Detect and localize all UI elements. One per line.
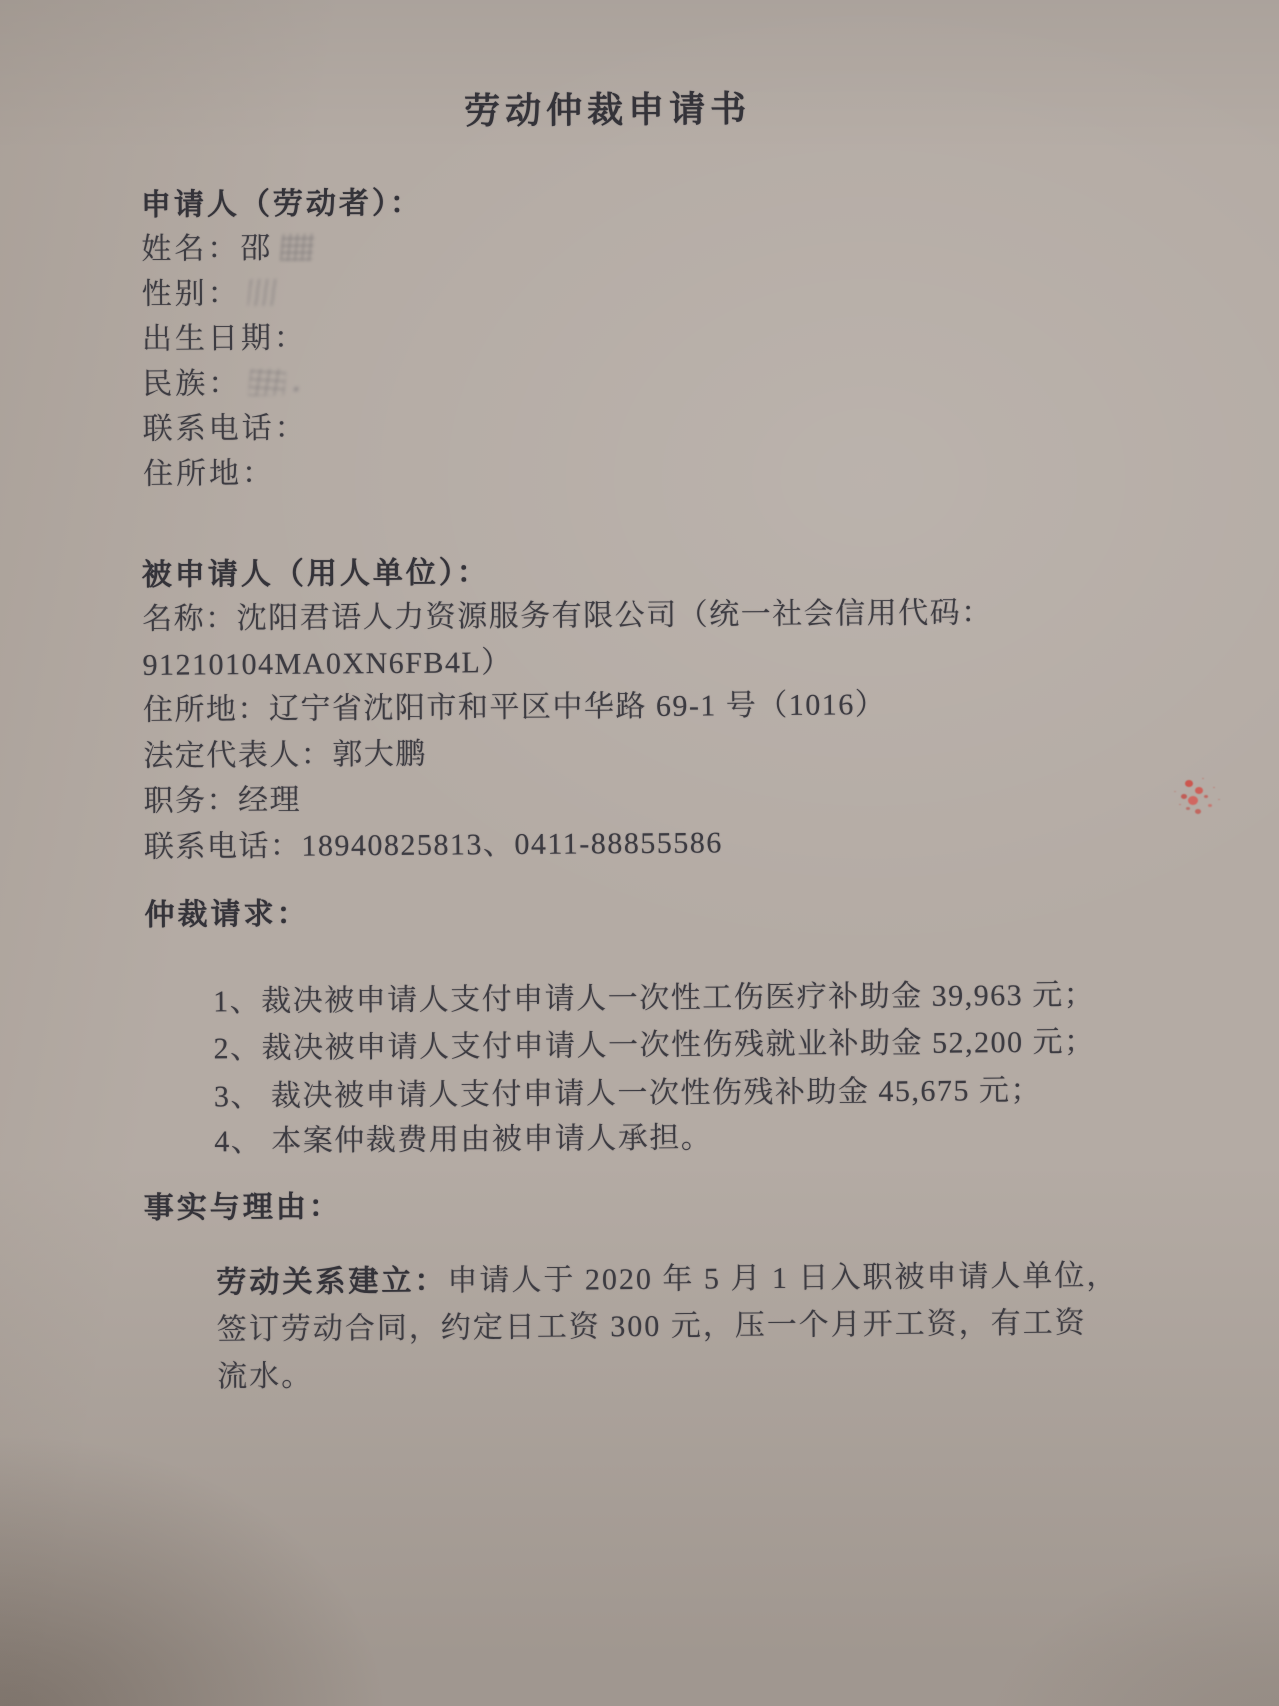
field-row-birthdate: 出生日期： (142, 316, 314, 362)
field-row-ethnicity: 民族： (142, 361, 314, 407)
respondent-credit-code-line: 91210104MA0XN6FB4L） (142, 636, 993, 688)
field-row-address: 住所地： (143, 451, 315, 497)
facts-line-1: 劳动关系建立：申请人于 2020 年 5 月 1 日入职被申请人单位， (216, 1252, 1118, 1306)
claim-item-2: 2、裁决被申请人支付申请人一次性伤残就业补助金 52,200 元； (213, 1016, 1095, 1067)
respondent-address-line: 住所地：辽宁省沈阳市和平区中华路 69-1 号（1016） (143, 681, 994, 733)
claim-item-4: 4、 本案仲裁费用由被申请人承担。 (214, 1112, 712, 1160)
field-label-gender: 性别： (141, 277, 240, 311)
field-label-address: 住所地： (143, 457, 275, 491)
field-row-name: 姓名：邵 (141, 226, 313, 272)
respondent-phone-line: 联系电话：18940825813、0411-88855586 (144, 818, 995, 870)
redaction-smudge-ethnicity (248, 369, 287, 396)
red-ink-splatter (1185, 780, 1193, 787)
redaction-smudge-name (280, 234, 315, 261)
field-label-phone: 联系电话： (143, 412, 308, 446)
document-title: 劳动仲裁申请书 (464, 81, 751, 134)
field-row-gender: 性别： (141, 271, 313, 317)
facts-line-2: 签订劳动合同，约定日工资 300 元，压一个月开工资，有工资 (217, 1299, 1119, 1353)
claim-item-3: 3、 裁决被申请人支付申请人一次性伤残补助金 45,675 元； (214, 1065, 1042, 1116)
document-page: 劳动仲裁申请书 申请人（劳动者）： 姓名：邵 性别： 出生日期： 民族： 联系电… (0, 0, 1279, 1706)
redaction-smudge-gender (247, 279, 278, 306)
field-value-name: 邵 (240, 232, 273, 265)
respondent-details: 名称：沈阳君语人力资源服务有限公司（统一社会信用代码： 91210104MA0X… (142, 590, 995, 870)
facts-line-3-text: 流水。 (217, 1360, 313, 1394)
facts-line-3: 流水。 (217, 1346, 1119, 1400)
claims-section-heading: 仲裁请求： (144, 889, 309, 934)
field-row-phone: 联系电话： (143, 406, 315, 452)
respondent-position-line: 职务：经理 (143, 772, 994, 824)
facts-line-2-text: 签订劳动合同，约定日工资 300 元，压一个月开工资，有工资 (217, 1307, 1087, 1347)
field-label-birthdate: 出生日期： (142, 322, 307, 356)
applicant-fields: 姓名：邵 性别： 出生日期： 民族： 联系电话： 住所地： (141, 226, 315, 497)
respondent-section-heading: 被申请人（用人单位）： (142, 547, 490, 594)
facts-paragraph: 劳动关系建立：申请人于 2020 年 5 月 1 日入职被申请人单位， 签订劳动… (216, 1252, 1119, 1400)
facts-section-heading: 事实与理由： (144, 1181, 342, 1227)
facts-line-1-lead: 劳动关系建立： (216, 1265, 447, 1300)
field-label-name: 姓名： (141, 232, 240, 266)
field-label-ethnicity: 民族： (142, 367, 241, 401)
claim-item-1: 1、裁决被申请人支付申请人一次性工伤医疗补助金 39,963 元； (213, 969, 1095, 1020)
respondent-company-name-line: 名称：沈阳君语人力资源服务有限公司（统一社会信用代码： (142, 590, 993, 642)
respondent-legal-rep-line: 法定代表人：郭大鹏 (143, 727, 994, 779)
facts-line-1-text: 申请人于 2020 年 5 月 1 日入职被申请人单位， (447, 1259, 1118, 1297)
applicant-section-heading: 申请人（劳动者）： (141, 178, 423, 224)
document-photo: 劳动仲裁申请书 申请人（劳动者）： 姓名：邵 性别： 出生日期： 民族： 联系电… (0, 0, 1279, 1706)
